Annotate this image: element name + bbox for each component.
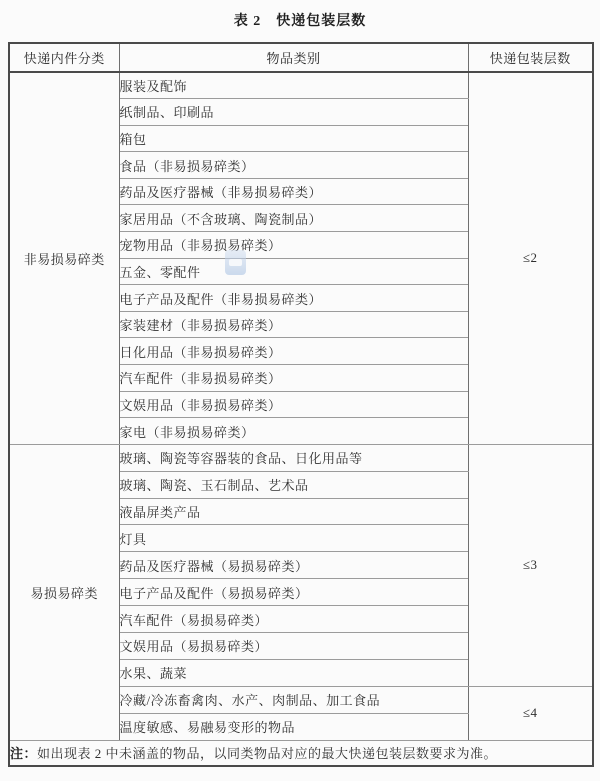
layers-cell: ≤4	[468, 686, 593, 740]
item-cell: 水果、蔬菜	[119, 659, 468, 686]
item-cell: 玻璃、陶瓷、玉石制品、艺术品	[119, 471, 468, 498]
table-row: 非易损易碎类服装及配饰≤2	[9, 72, 593, 99]
table-header: 快递内件分类 物品类别 快递包装层数	[9, 43, 593, 72]
category-cell: 易损易碎类	[9, 444, 119, 740]
item-cell: 日化用品（非易损易碎类）	[119, 338, 468, 365]
header-item-type: 物品类别	[119, 43, 468, 72]
item-cell: 药品及医疗器械（易损易碎类）	[119, 552, 468, 579]
item-cell: 汽车配件（非易损易碎类）	[119, 365, 468, 392]
table-row: 易损易碎类玻璃、陶瓷等容器装的食品、日化用品等≤3	[9, 444, 593, 471]
item-cell: 温度敏感、易融易变形的物品	[119, 713, 468, 740]
layers-cell: ≤2	[468, 72, 593, 444]
item-cell: 药品及医疗器械（非易损易碎类）	[119, 178, 468, 205]
item-cell: 食品（非易损易碎类）	[119, 152, 468, 179]
item-cell: 五金、零配件	[119, 258, 468, 285]
item-cell: 服装及配饰	[119, 72, 468, 99]
item-cell: 玻璃、陶瓷等容器装的食品、日化用品等	[119, 444, 468, 471]
watermark-logo-icon	[225, 250, 246, 275]
item-cell: 宠物用品（非易损易碎类）	[119, 232, 468, 259]
item-cell: 家装建材（非易损易碎类）	[119, 311, 468, 338]
item-cell: 电子产品及配件（易损易碎类）	[119, 579, 468, 606]
table-footer: 注：如出现表 2 中未涵盖的物品，以同类物品对应的最大快递包装层数要求为准。	[9, 740, 593, 766]
item-cell: 家居用品（不含玻璃、陶瓷制品）	[119, 205, 468, 232]
layers-cell: ≤3	[468, 444, 593, 686]
item-cell: 家电（非易损易碎类）	[119, 418, 468, 445]
note-row: 注：如出现表 2 中未涵盖的物品，以同类物品对应的最大快递包装层数要求为准。	[9, 740, 593, 766]
watermark-glyph	[229, 259, 242, 266]
packaging-layers-table: 快递内件分类 物品类别 快递包装层数 非易损易碎类服装及配饰≤2纸制品、印刷品箱…	[8, 42, 594, 767]
table-note: 注：如出现表 2 中未涵盖的物品，以同类物品对应的最大快递包装层数要求为准。	[9, 740, 593, 766]
item-cell: 液晶屏类产品	[119, 498, 468, 525]
header-row: 快递内件分类 物品类别 快递包装层数	[9, 43, 593, 72]
item-cell: 文娱用品（易损易碎类）	[119, 633, 468, 660]
category-cell: 非易损易碎类	[9, 72, 119, 444]
item-cell: 箱包	[119, 125, 468, 152]
item-cell: 冷藏/冷冻畜禽肉、水产、肉制品、加工食品	[119, 686, 468, 713]
header-category: 快递内件分类	[9, 43, 119, 72]
header-layers: 快递包装层数	[468, 43, 593, 72]
item-cell: 文娱用品（非易损易碎类）	[119, 391, 468, 418]
page-title: 表 2 快递包装层数	[0, 10, 600, 30]
item-cell: 灯具	[119, 525, 468, 552]
note-text: 如出现表 2 中未涵盖的物品，以同类物品对应的最大快递包装层数要求为准。	[37, 746, 497, 761]
item-cell: 纸制品、印刷品	[119, 99, 468, 126]
table-body: 非易损易碎类服装及配饰≤2纸制品、印刷品箱包食品（非易损易碎类）药品及医疗器械（…	[9, 72, 593, 740]
item-cell: 汽车配件（易损易碎类）	[119, 606, 468, 633]
note-prefix: 注：	[10, 746, 37, 761]
item-cell: 电子产品及配件（非易损易碎类）	[119, 285, 468, 312]
